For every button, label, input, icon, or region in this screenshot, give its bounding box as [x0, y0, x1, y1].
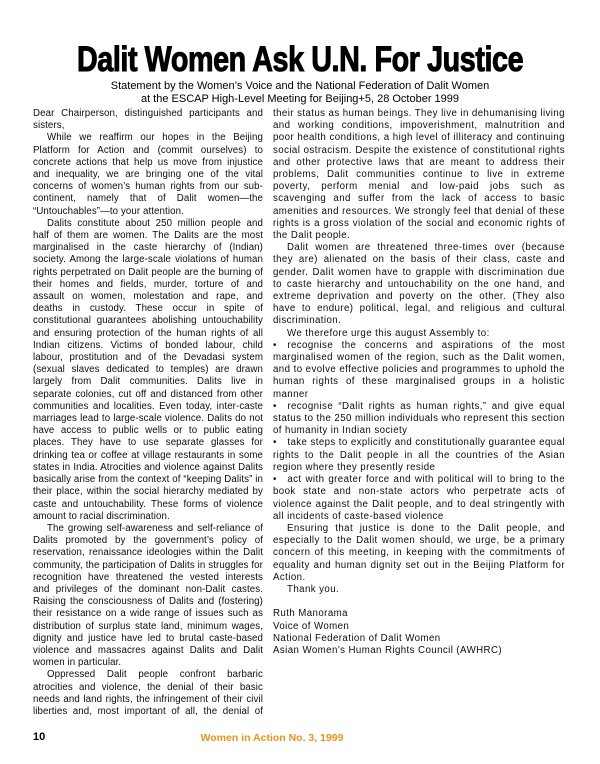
paragraph: Ensuring that justice is done to the Dal… [273, 523, 565, 584]
article-right-column: their status as human beings. They live … [273, 108, 565, 657]
page-title-row: Dalit Women Ask U.N. For Justice [0, 42, 600, 77]
signature-org: Asian Women’s Human Rights Council (AWHR… [273, 645, 565, 657]
footer-journal-title: Women in Action No. 3, 1999 [201, 732, 344, 744]
document-page: Dalit Women Ask U.N. For Justice Stateme… [0, 0, 600, 764]
bullet-item: • act with greater force and with politi… [273, 474, 565, 523]
paragraph: Dalits constitute about 250 million peop… [33, 218, 263, 523]
paragraph: The growing self-awareness and self-reli… [33, 523, 263, 669]
paragraph: Dalit women are threatened three-times o… [273, 242, 565, 327]
footer-page-number: 10 [33, 731, 45, 743]
paragraph: While we reaffirm our hopes in the Beiji… [33, 132, 263, 217]
paragraph-continuation: their status as human beings. They live … [273, 108, 565, 242]
paragraph-urge-intro: We therefore urge this august Assembly t… [273, 328, 565, 340]
bullet-item: • take steps to explicitly and constitut… [273, 437, 565, 474]
page-title: Dalit Women Ask U.N. For Justice [77, 42, 523, 77]
bullet-item: • recognise the concerns and aspirations… [273, 340, 565, 401]
paragraph-salutation: Dear Chairperson, distinguished particip… [33, 108, 263, 132]
article-left-column: Dear Chairperson, distinguished particip… [33, 108, 263, 718]
signature-org: Voice of Women [273, 621, 565, 633]
subtitle-line-2: at the ESCAP High-Level Meeting for Beij… [0, 93, 600, 106]
paragraph-continued: Oppressed Dalit people confront barbaric… [33, 669, 263, 718]
signature-org: National Federation of Dalit Women [273, 633, 565, 645]
signature-name: Ruth Manorama [273, 608, 565, 620]
signature-block: Ruth Manorama Voice of Women National Fe… [273, 608, 565, 657]
paragraph-thanks: Thank you. [273, 584, 565, 596]
bullet-item: • recognise “Dalit rights as human right… [273, 401, 565, 438]
subtitle-line-1: Statement by the Women’s Voice and the N… [0, 80, 600, 93]
